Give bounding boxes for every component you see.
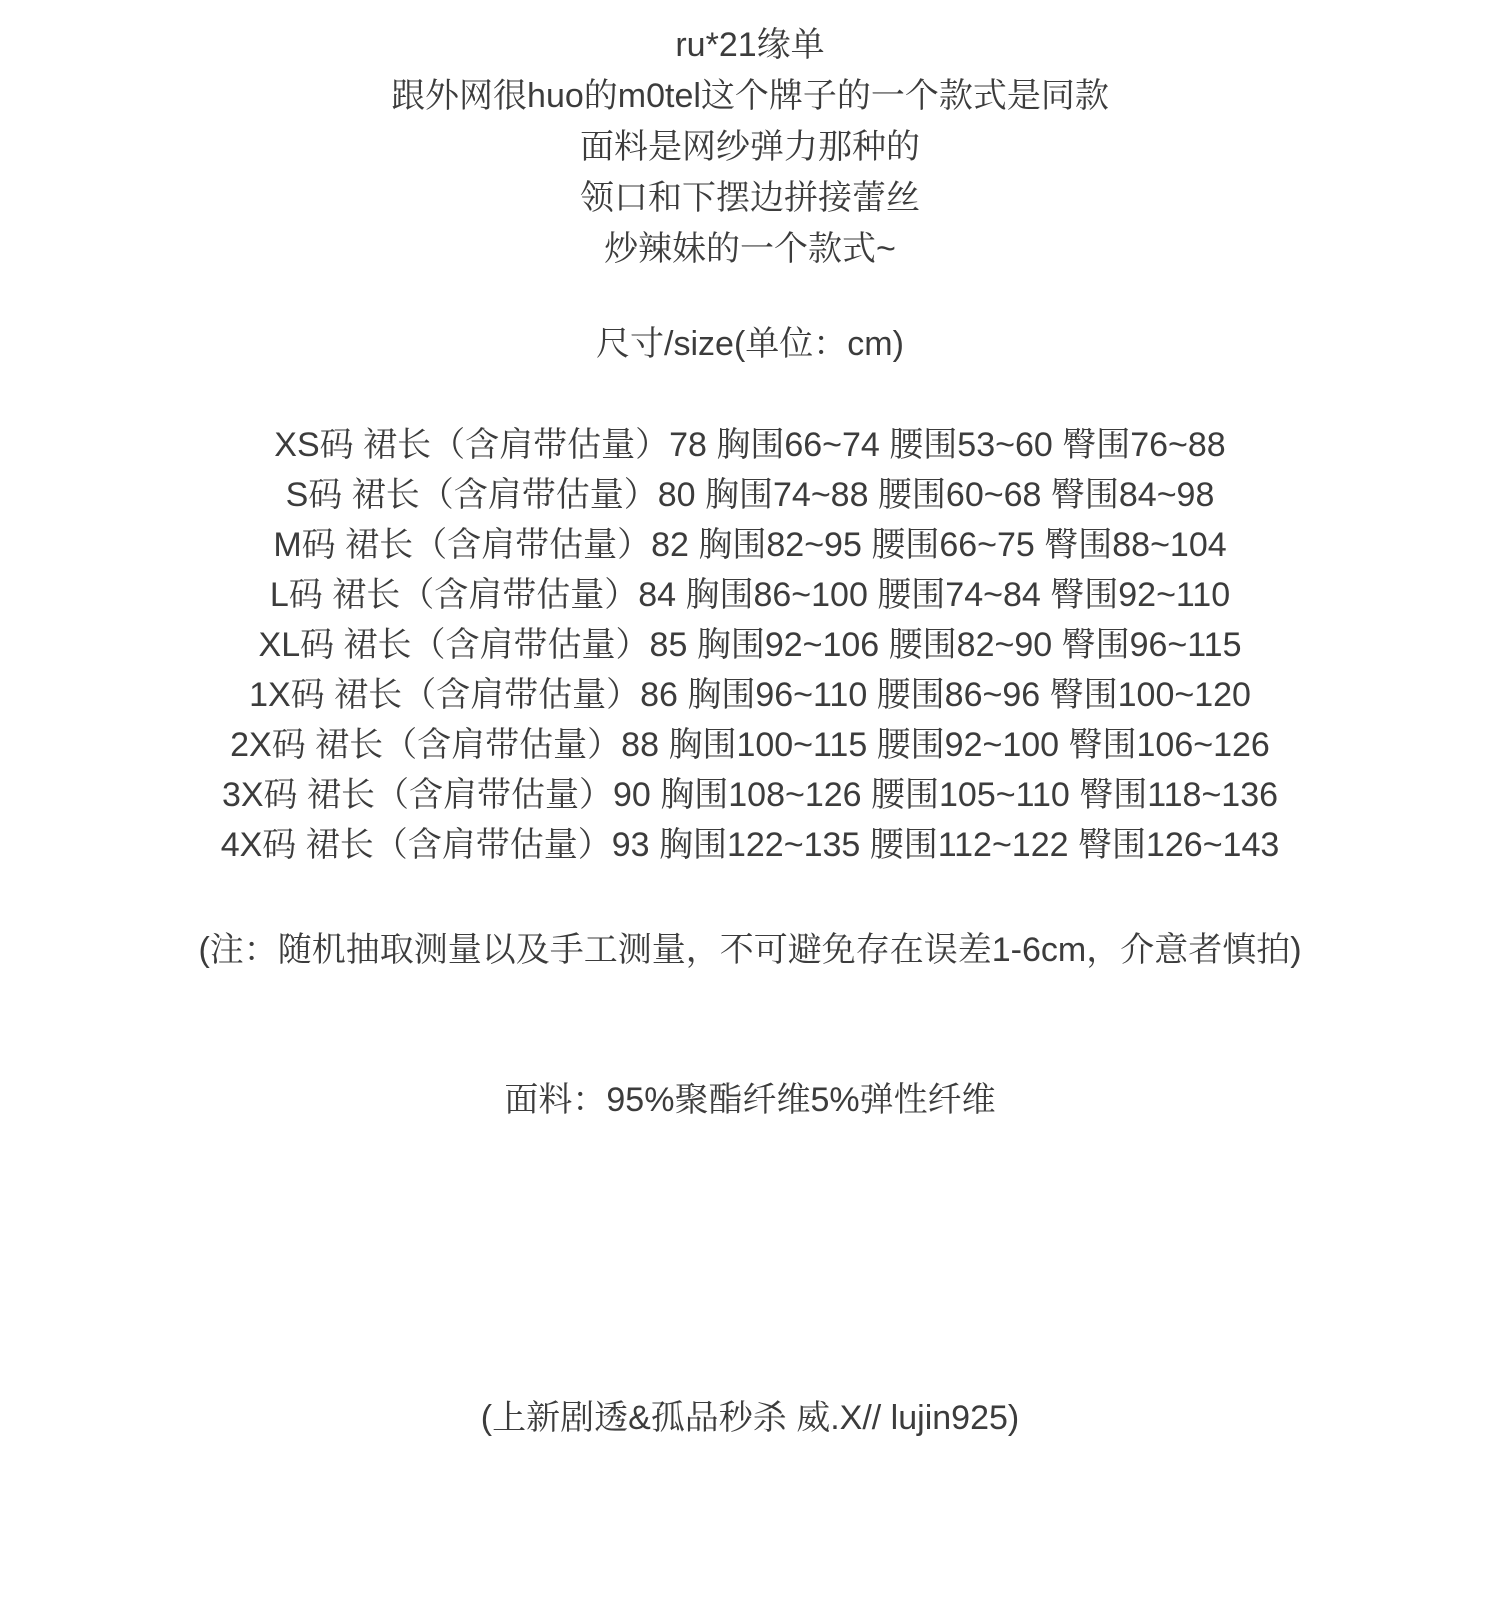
footer-contact: (上新剧透&孤品秒杀 威.X// lujin925) — [0, 1393, 1500, 1443]
fabric-composition: 面料：95%聚酯纤维5%弹性纤维 — [0, 1075, 1500, 1125]
size-row-s: S码 裙长（含肩带估量）80 胸围74~88 腰围60~68 臀围84~98 — [0, 470, 1500, 520]
size-row-4x: 4X码 裙长（含肩带估量）93 胸围122~135 腰围112~122 臀围12… — [0, 820, 1500, 870]
measurement-note: (注：随机抽取测量以及手工测量，不可避免存在误差1-6cm，介意者慎拍) — [0, 925, 1500, 975]
size-row-2x: 2X码 裙长（含肩带估量）88 胸围100~115 腰围92~100 臀围106… — [0, 720, 1500, 770]
size-row-3x: 3X码 裙长（含肩带估量）90 胸围108~126 腰围105~110 臀围11… — [0, 770, 1500, 820]
intro-line-fabric: 面料是网纱弹力那种的 — [0, 122, 1500, 173]
size-row-1x: 1X码 裙长（含肩带估量）86 胸围96~110 腰围86~96 臀围100~1… — [0, 670, 1500, 720]
product-description-page: ru*21缘单 跟外网很huo的m0tel这个牌子的一个款式是同款 面料是网纱弹… — [0, 0, 1500, 1599]
intro-block: ru*21缘单 跟外网很huo的m0tel这个牌子的一个款式是同款 面料是网纱弹… — [0, 20, 1500, 275]
size-section-header: 尺寸/size(单位：cm) — [0, 319, 1500, 370]
intro-line-style: 炒辣妹的一个款式~ — [0, 224, 1500, 275]
size-row-l: L码 裙长（含肩带估量）84 胸围86~100 腰围74~84 臀围92~110 — [0, 570, 1500, 620]
product-title: ru*21缘单 — [0, 20, 1500, 71]
size-row-xl: XL码 裙长（含肩带估量）85 胸围92~106 腰围82~90 臀围96~11… — [0, 620, 1500, 670]
size-table: XS码 裙长（含肩带估量）78 胸围66~74 腰围53~60 臀围76~88 … — [0, 420, 1500, 870]
intro-line-brand: 跟外网很huo的m0tel这个牌子的一个款式是同款 — [0, 71, 1500, 122]
size-row-m: M码 裙长（含肩带估量）82 胸围82~95 腰围66~75 臀围88~104 — [0, 520, 1500, 570]
size-row-xs: XS码 裙长（含肩带估量）78 胸围66~74 腰围53~60 臀围76~88 — [0, 420, 1500, 470]
intro-line-lace: 领口和下摆边拼接蕾丝 — [0, 173, 1500, 224]
